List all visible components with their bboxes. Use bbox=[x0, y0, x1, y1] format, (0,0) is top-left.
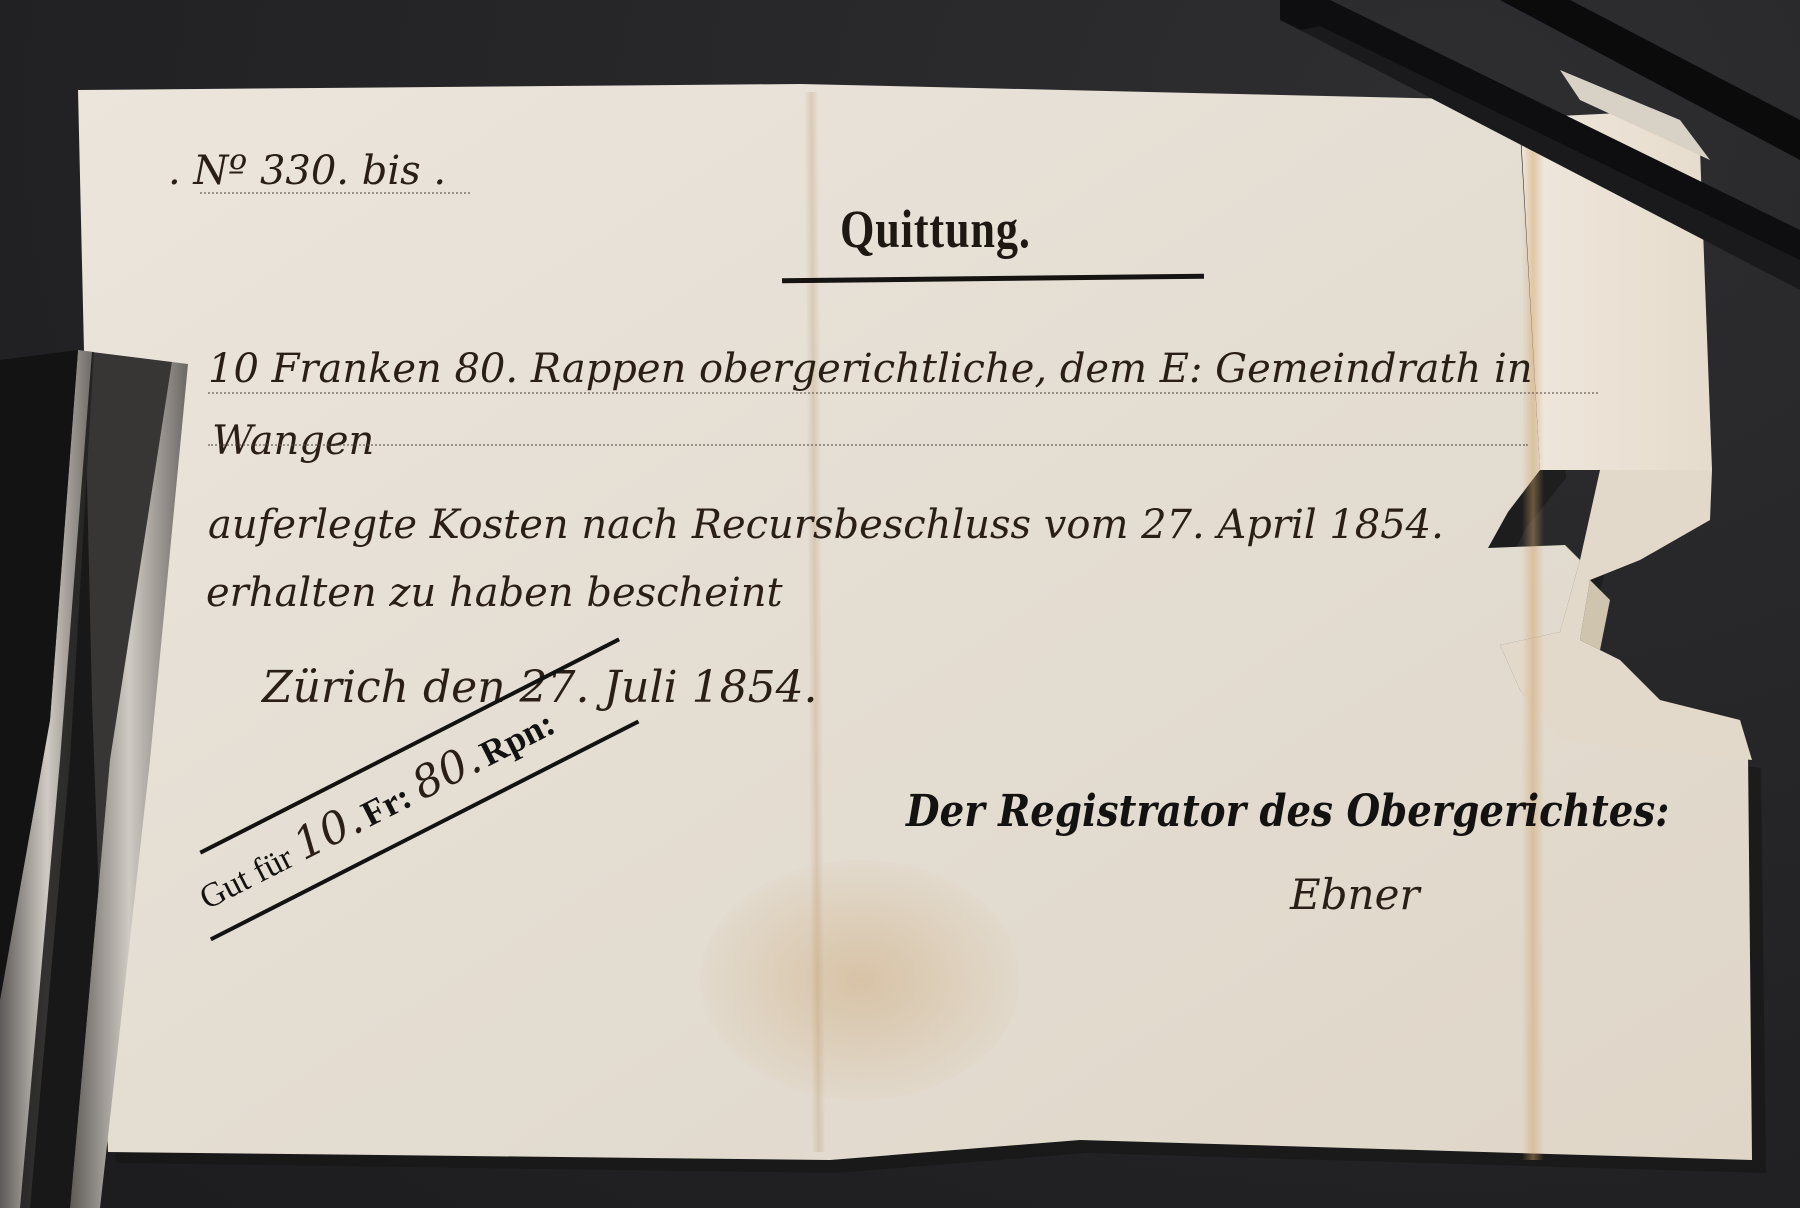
dotted-rule-1 bbox=[208, 392, 1598, 394]
photo-scene: . Nº 330. bis . Quittung. 10 Franken 80.… bbox=[0, 0, 1800, 1208]
tweezers-top-right-icon bbox=[1240, 0, 1800, 300]
body-line-place: Wangen bbox=[212, 418, 374, 464]
stamp-rappen-unit: Rpn: bbox=[473, 703, 561, 774]
receipt-title: Quittung. bbox=[840, 198, 1031, 260]
tweezers-left-icon bbox=[0, 0, 220, 1208]
foxing-stain bbox=[700, 860, 1020, 1100]
number-dotted-rule bbox=[200, 192, 470, 194]
body-line-costs: auferlegte Kosten nach Recursbeschluss v… bbox=[208, 502, 1444, 548]
body-line-confirmation: erhalten zu haben bescheint bbox=[206, 570, 783, 616]
dotted-rule-2 bbox=[208, 444, 1528, 446]
body-line-amount: 10 Franken 80. Rappen obergerichtliche, … bbox=[208, 346, 1533, 392]
registrar-label: Der Registrator des Obergerichtes: bbox=[906, 786, 1669, 837]
registrar-signature: Ebner bbox=[1290, 870, 1420, 919]
